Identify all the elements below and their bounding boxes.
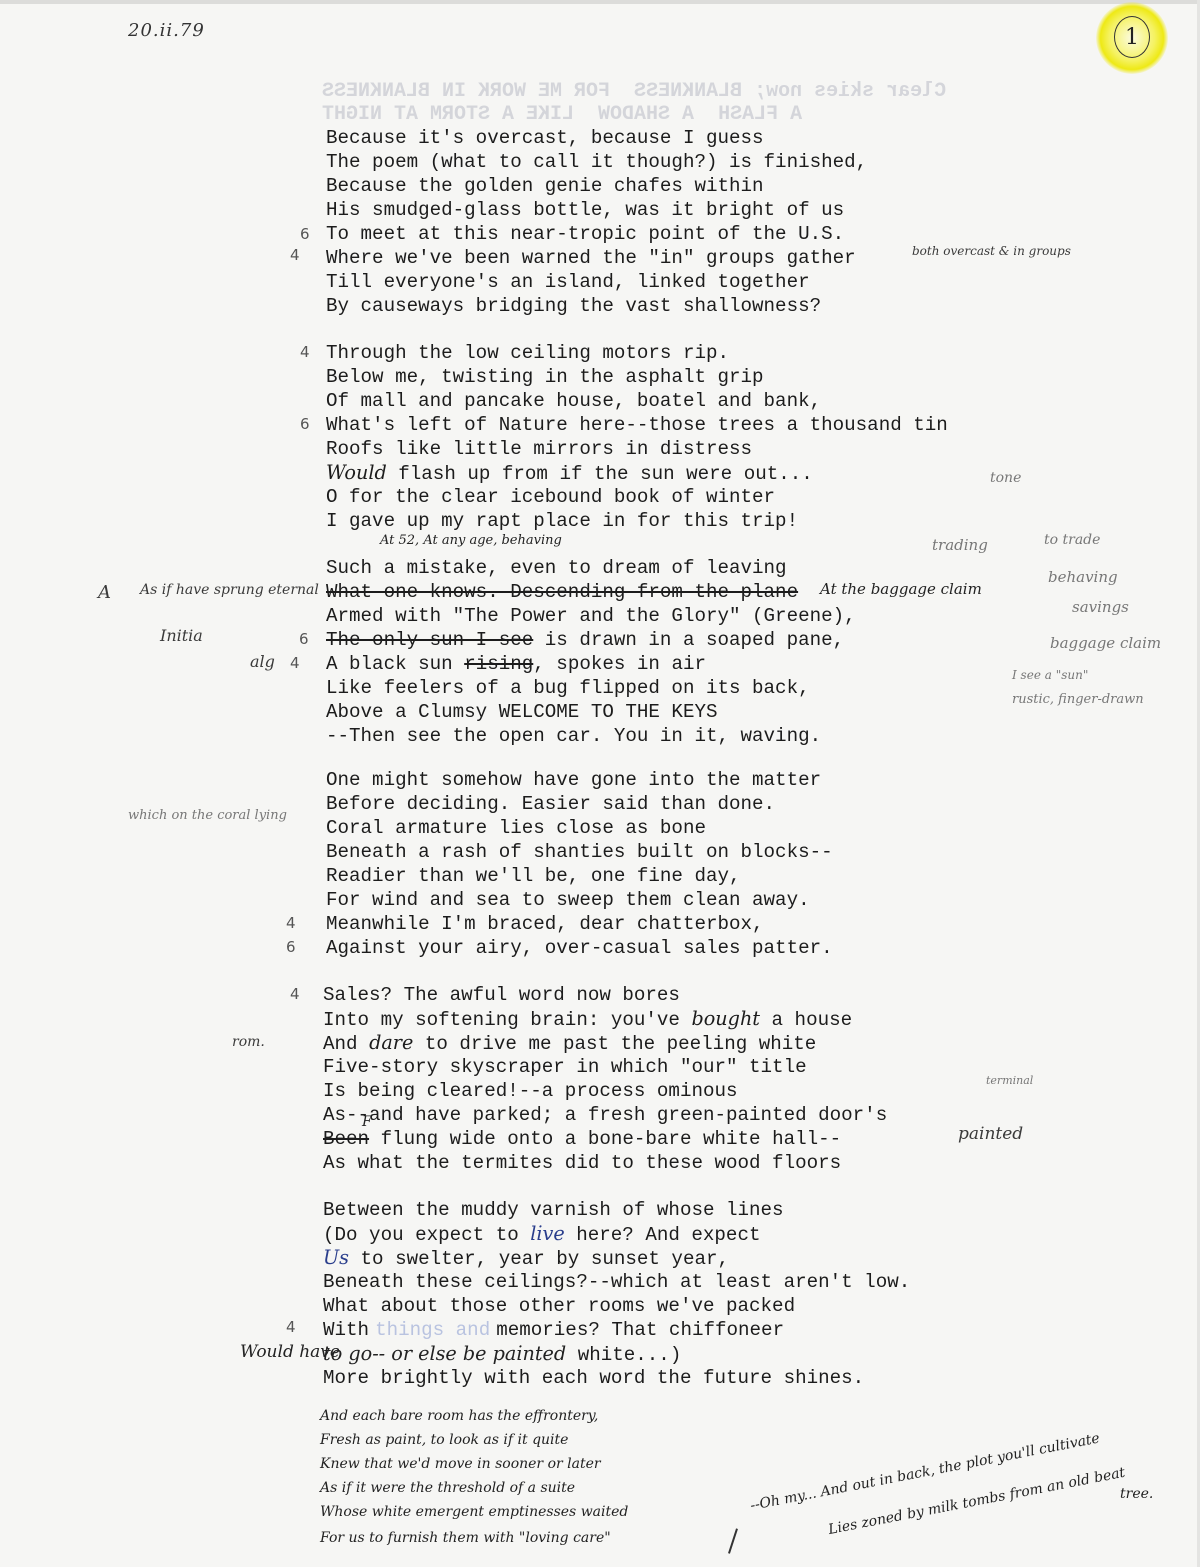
poem-line: Us to swelter, year by sunset year, <box>323 1246 729 1271</box>
poem-line: Such a mistake, even to dream of leaving <box>326 556 787 580</box>
margin-annotation: rustic, finger-drawn <box>1012 692 1144 707</box>
poem-line: Roofs like little mirrors in distress <box>326 437 752 461</box>
poem-line: Against your airy, over-casual sales pat… <box>326 936 833 960</box>
poem-line: Like feelers of a bug flipped on its bac… <box>326 676 810 700</box>
poem-line: What about those other rooms we've packe… <box>323 1294 795 1318</box>
handwritten-line: Fresh as paint, to look as if it quite <box>320 1432 568 1448</box>
italic-word: Would <box>326 461 387 484</box>
margin-annotation: I see a "sun" <box>1012 668 1088 682</box>
poem-line: I gave up my rapt place in for this trip… <box>326 509 798 533</box>
margin-annotation: alg <box>250 652 275 671</box>
handwritten-aside: tree. <box>1120 1486 1153 1502</box>
poem-line: As--and have parked; a fresh green-paint… <box>323 1103 887 1127</box>
poem-line: O for the clear icebound book of winter <box>326 485 775 509</box>
poem-line: A black sun rising, spokes in air <box>326 652 706 676</box>
handwritten-line: Knew that we'd move in sooner or later <box>320 1456 601 1472</box>
poem-line: Readier than we'll be, one fine day, <box>326 864 741 888</box>
poem-line: Where we've been warned the "in" groups … <box>326 246 856 270</box>
margin-number: 6 <box>286 938 296 956</box>
margin-number: 4 <box>286 1318 296 1336</box>
poem-line: Meanwhile I'm braced, dear chatterbox, <box>326 912 764 936</box>
poem-line: Armed with "The Power and the Glory" (Gr… <box>326 604 856 628</box>
margin-number: 4 <box>290 985 300 1003</box>
handwritten-line: As if it were the threshold of a suite <box>320 1480 575 1496</box>
margin-annotation: painted <box>958 1124 1023 1144</box>
poem-line: Would flash up from if the sun were out.… <box>326 461 813 486</box>
poem-line: Into my softening brain: you've bought a… <box>323 1007 852 1032</box>
margin-annotation: which on the coral lying <box>128 808 287 823</box>
margin-annotation: behaving <box>1048 568 1118 586</box>
margin-number: 4 <box>300 343 310 361</box>
margin-annotation: rom. <box>232 1034 265 1050</box>
poem-line: Through the low ceiling motors rip. <box>326 341 729 365</box>
poem-line: His smudged-glass bottle, was it bright … <box>326 198 844 222</box>
insertion-annotation: At 52, At any age, behaving <box>380 533 562 548</box>
margin-annotation: terminal <box>986 1074 1033 1087</box>
poem-line: Till everyone's an island, linked togeth… <box>326 270 810 294</box>
margin-annotation: At the baggage claim <box>820 580 982 598</box>
poem-line: --Then see the open car. You in it, wavi… <box>326 724 821 748</box>
handwritten-aside: --Oh my... And out in back, the plot you… <box>749 1430 1101 1514</box>
poem-line: Before deciding. Easier said than done. <box>326 792 775 816</box>
margin-number: 4 <box>290 246 300 264</box>
poem-line: Sales? The awful word now bores <box>323 983 680 1007</box>
poem-line: By causeways bridging the vast shallowne… <box>326 294 821 318</box>
margin-annotation: savings <box>1072 598 1129 616</box>
handwritten-line: Whose white emergent emptinesses waited <box>320 1504 628 1520</box>
margin-annotation: trading <box>932 536 988 554</box>
poem-line: And dare to drive me past the peeling wh… <box>323 1031 816 1056</box>
poem-line: Between the muddy varnish of whose lines <box>323 1198 784 1222</box>
poem-line: More brightly with each word the future … <box>323 1366 864 1390</box>
poem-line: Five-story skyscraper in which "our" tit… <box>323 1055 807 1079</box>
poem-line: The poem (what to call it though?) is fi… <box>326 150 867 174</box>
poem-line: Because it's overcast, because I guess <box>326 126 764 150</box>
margin-number: 6 <box>300 225 310 243</box>
poem-line: Is being cleared!--a process ominous <box>323 1079 738 1103</box>
poem-body: Because it's overcast, because I guess T… <box>0 0 1200 1567</box>
margin-annotation: to trade <box>1044 532 1100 548</box>
margin-annotation: baggage claim <box>1050 634 1161 652</box>
poem-line: One might somehow have gone into the mat… <box>326 768 821 792</box>
margin-annotation: As if have sprung eternal <box>140 582 319 598</box>
margin-annotation: tone <box>990 470 1021 486</box>
poem-line-struck: What one knows. Descending from the plan… <box>326 580 798 604</box>
poem-line: (Do you expect to live here? And expect <box>323 1222 760 1247</box>
insertion-mark: F <box>362 1114 372 1130</box>
poem-line: What's left of Nature here--those trees … <box>326 413 948 437</box>
poem-line: Been flung wide onto a bone-bare white h… <box>323 1127 841 1151</box>
margin-number: 6 <box>300 415 310 433</box>
poem-line: Beneath a rash of shanties built on bloc… <box>326 840 833 864</box>
poem-line: Of mall and pancake house, boatel and ba… <box>326 389 821 413</box>
margin-annotation: Initia <box>160 626 203 645</box>
handwritten-line: And each bare room has the effrontery, <box>320 1408 598 1424</box>
poem-line: Beneath these ceilings?--which at least … <box>323 1270 910 1294</box>
poem-line: For wind and sea to sweep them clean awa… <box>326 888 810 912</box>
poem-line: to go-- or else be painted white...) <box>323 1342 681 1367</box>
poem-line: Because the golden genie chafes within <box>326 174 764 198</box>
margin-number: 4 <box>286 914 296 932</box>
margin-number: 4 <box>290 654 300 672</box>
margin-number: 6 <box>299 630 309 648</box>
poem-line: Above a Clumsy WELCOME TO THE KEYS <box>326 700 718 724</box>
margin-annotation: A <box>98 582 111 603</box>
poem-line: The only sun I see is drawn in a soaped … <box>326 628 844 652</box>
poem-line: Withthings andmemories? That chiffoneer <box>323 1318 784 1342</box>
handwritten-line: For us to furnish them with "loving care… <box>320 1530 611 1546</box>
poem-line: Coral armature lies close as bone <box>326 816 706 840</box>
poem-line: To meet at this near-tropic point of the… <box>326 222 844 246</box>
poem-line: As what the termites did to these wood f… <box>323 1151 841 1175</box>
margin-annotation: both overcast & in groups <box>912 244 1071 258</box>
poem-line: Below me, twisting in the asphalt grip <box>326 365 764 389</box>
separator-slash <box>728 1528 737 1553</box>
